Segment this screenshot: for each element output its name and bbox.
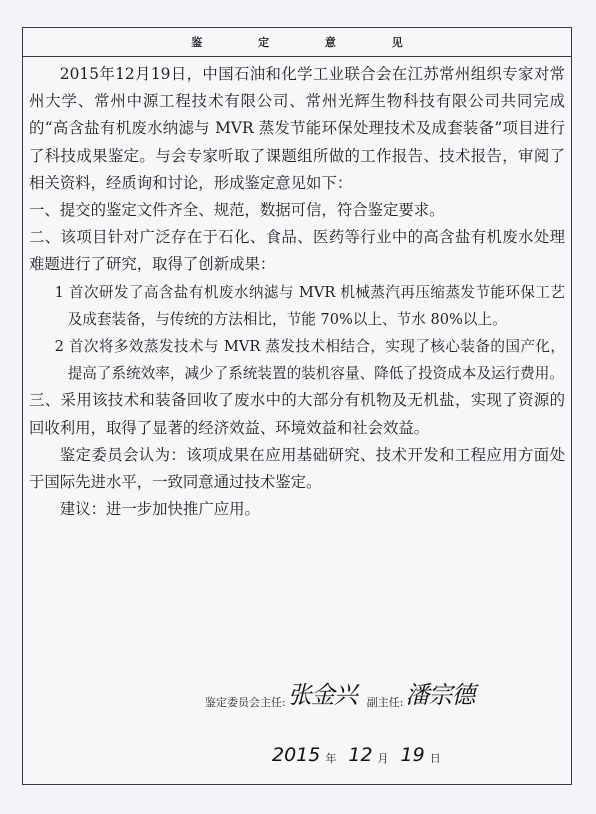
suggestion-paragraph: 建议：进一步加快推广应用。 (29, 496, 565, 523)
opinion-point-1: 一、提交的鉴定文件齐全、规范，数据可信，符合鉴定要求。 (29, 197, 565, 224)
opinion-point-2: 二、该项目针对广泛存在于石化、食品、医药等行业中的高含盐有机废水处理难题进行了研… (29, 224, 565, 278)
conclusion-paragraph: 鉴定委员会认为：该项成果在应用基础研究、技术开发和工程应用方面处于国际先进水平，… (29, 442, 565, 496)
form-body: 2015年12月19日，中国石油和化学工业联合会在江苏常州组织专家对常州大学、常… (23, 57, 571, 523)
vice-chair-label: 副主任: (367, 694, 404, 710)
date-year: 2015 (272, 744, 320, 766)
signature-row: 鉴定委员会主任: 张金兴 副主任: 潘宗德 (205, 675, 484, 710)
date-day-unit: 日 (430, 750, 441, 766)
vice-chair-signature: 潘宗德 (405, 675, 474, 710)
chair-signature: 张金兴 (288, 675, 357, 710)
date-day: 19 (401, 744, 425, 766)
opinion-point-3: 三、采用该技术和装备回收了废水中的大部分有机物及无机盐，实现了资源的回收利用，取… (29, 387, 565, 441)
chair-label: 鉴定委员会主任: (205, 694, 286, 710)
innovation-item-1: 1 首次研发了高含盐有机废水纳滤与 MVR 机械蒸汽再压缩蒸发节能环保工艺及成套… (29, 279, 565, 333)
date-year-unit: 年 (325, 750, 336, 766)
appraisal-opinion-form: 鉴 定 意 见 2015年12月19日，中国石油和化学工业联合会在江苏常州组织专… (22, 27, 572, 785)
innovation-item-2: 2 首次将多效蒸发技术与 MVR 蒸发技术相结合，实现了核心装备的国产化，提高了… (29, 333, 565, 387)
signing-date: 2015 年 12 月 19 日 (272, 744, 441, 766)
header-title: 鉴 定 意 见 (191, 34, 429, 50)
date-month-unit: 月 (378, 750, 389, 766)
date-month: 12 (348, 744, 372, 766)
intro-paragraph: 2015年12月19日，中国石油和化学工业联合会在江苏常州组织专家对常州大学、常… (29, 61, 565, 197)
form-header: 鉴 定 意 见 (23, 28, 571, 57)
